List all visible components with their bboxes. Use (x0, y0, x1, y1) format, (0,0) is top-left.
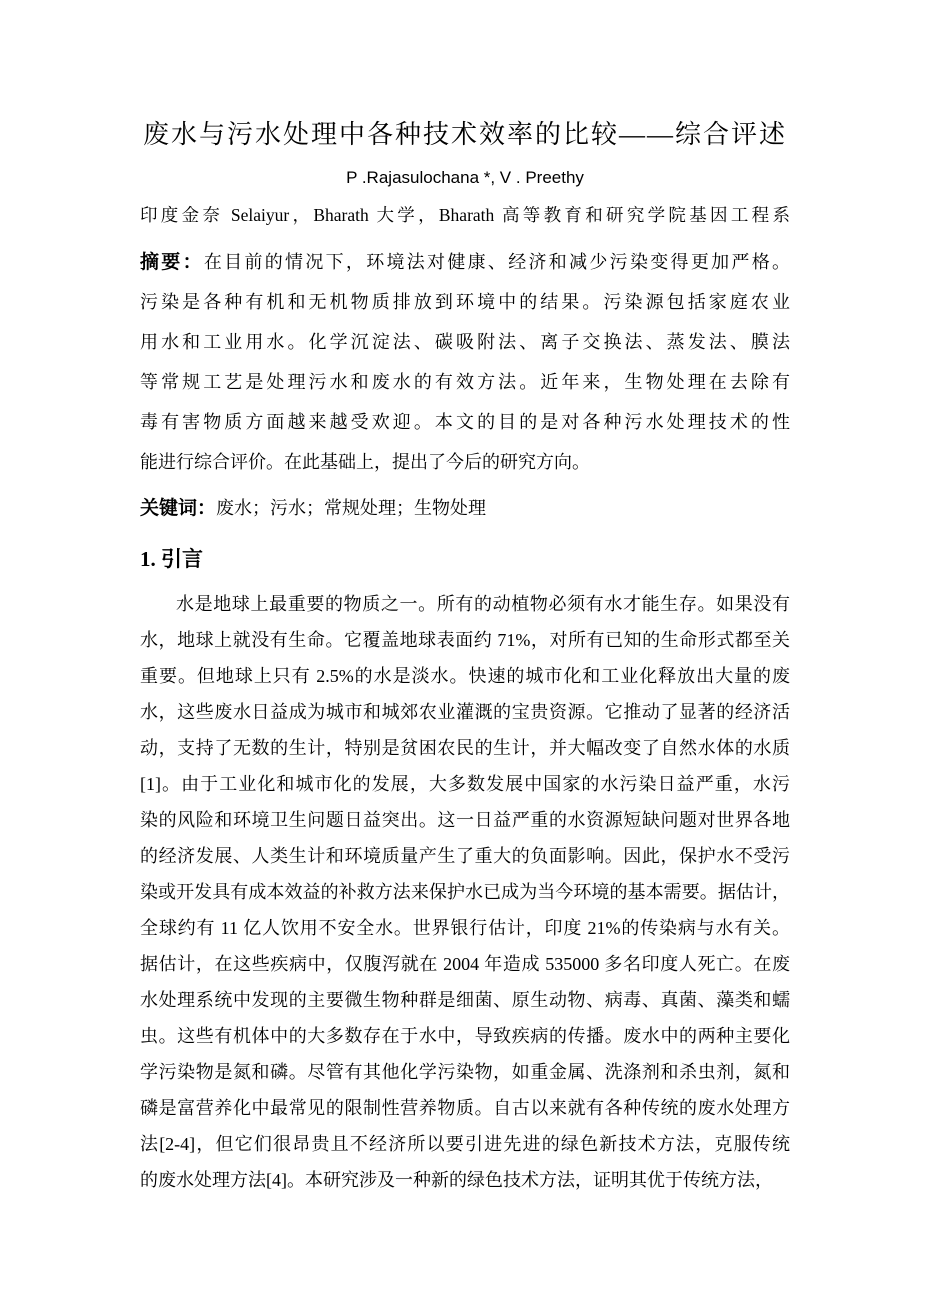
intro-line: 的废水处理方法[4]。本研究涉及一种新的绿色技术方法，证明其优于传统方法， (140, 1162, 790, 1198)
intro-line: 水处理系统中发现的主要微生物种群是细菌、原生动物、病毒、真菌、藻类和蠕 (140, 982, 790, 1018)
abstract-line: 能进行综合评价。在此基础上，提出了今后的研究方向。 (140, 442, 790, 482)
intro-line: 学污染物是氮和磷。尽管有其他化学污染物，如重金属、洗涤剂和杀虫剂，氮和 (140, 1054, 790, 1090)
intro-line: 全球约有 11 亿人饮用不安全水。世界银行估计，印度 21%的传染病与水有关。 (140, 910, 790, 946)
intro-line: 法[2-4]，但它们很昂贵且不经济所以要引进先进的绿色新技术方法，克服传统 (140, 1126, 790, 1162)
keywords-text: 废水；污水；常规处理；生物处理 (216, 498, 486, 518)
intro-line: 水，这些废水日益成为城市和城郊农业灌溉的宝贵资源。它推动了显著的经济活 (140, 694, 790, 730)
abstract-line: 等常规工艺是处理污水和废水的有效方法。近年来，生物处理在去除有 (140, 362, 790, 402)
introduction-paragraph: 水是地球上最重要的物质之一。所有的动植物必须有水才能生存。如果没有 水，地球上就… (140, 586, 790, 1198)
keywords-line: 关键词：废水；污水；常规处理；生物处理 (140, 488, 790, 528)
abstract-label: 摘要： (140, 252, 204, 273)
intro-line: 重要。但地球上只有 2.5%的水是淡水。快速的城市化和工业化释放出大量的废 (140, 658, 790, 694)
abstract-paragraph: 摘要：在目前的情况下，环境法对健康、经济和减少污染变得更加严格。 污染是各种有机… (140, 242, 790, 482)
intro-line: 染的风险和环境卫生问题日益突出。这一日益严重的水资源短缺问题对世界各地 (140, 802, 790, 838)
section-heading: 1. 引言 (140, 545, 790, 573)
keywords-label: 关键词： (140, 498, 216, 519)
abstract-text: 在目前的情况下，环境法对健康、经济和减少污染变得更加严格。 (204, 252, 790, 272)
abstract-line: 用水和工业用水。化学沉淀法、碳吸附法、离子交换法、蒸发法、膜法 (140, 322, 790, 362)
intro-line: 磷是富营养化中最常见的限制性营养物质。自古以来就有各种传统的废水处理方 (140, 1090, 790, 1126)
page-title: 废水与污水处理中各种技术效率的比较——综合评述 (140, 118, 790, 152)
intro-line: 的经济发展、人类生计和环境质量产生了重大的负面影响。因此，保护水不受污 (140, 838, 790, 874)
intro-line: 虫。这些有机体中的大多数存在于水中，导致疾病的传播。废水中的两种主要化 (140, 1018, 790, 1054)
affiliation-line: 印度金奈 Selaiyur，Bharath 大学，Bharath 高等教育和研究… (140, 202, 790, 228)
abstract-line: 毒有害物质方面越来越受欢迎。本文的目的是对各种污水处理技术的性 (140, 402, 790, 442)
abstract-line: 污染是各种有机和无机物质排放到环境中的结果。污染源包括家庭农业 (140, 282, 790, 322)
intro-line: 动，支持了无数的生计，特别是贫困农民的生计，并大幅改变了自然水体的水质 (140, 730, 790, 766)
intro-line: [1]。由于工业化和城市化的发展，大多数发展中国家的水污染日益严重，水污 (140, 766, 790, 802)
authors-line: P .Rajasulochana *, V . Preethy (140, 167, 790, 189)
page-content: 废水与污水处理中各种技术效率的比较——综合评述 P .Rajasulochana… (140, 118, 790, 1198)
intro-line: 据估计，在这些疾病中，仅腹泻就在 2004 年造成 535000 多名印度人死亡… (140, 946, 790, 982)
intro-line: 水，地球上就没有生命。它覆盖地球表面约 71%，对所有已知的生命形式都至关 (140, 622, 790, 658)
intro-line: 染或开发具有成本效益的补救方法来保护水已成为当今环境的基本需要。据估计， (140, 874, 790, 910)
abstract-line: 摘要：在目前的情况下，环境法对健康、经济和减少污染变得更加严格。 (140, 242, 790, 282)
document-page: 废水与污水处理中各种技术效率的比较——综合评述 P .Rajasulochana… (0, 0, 926, 1309)
intro-line: 水是地球上最重要的物质之一。所有的动植物必须有水才能生存。如果没有 (140, 586, 790, 622)
